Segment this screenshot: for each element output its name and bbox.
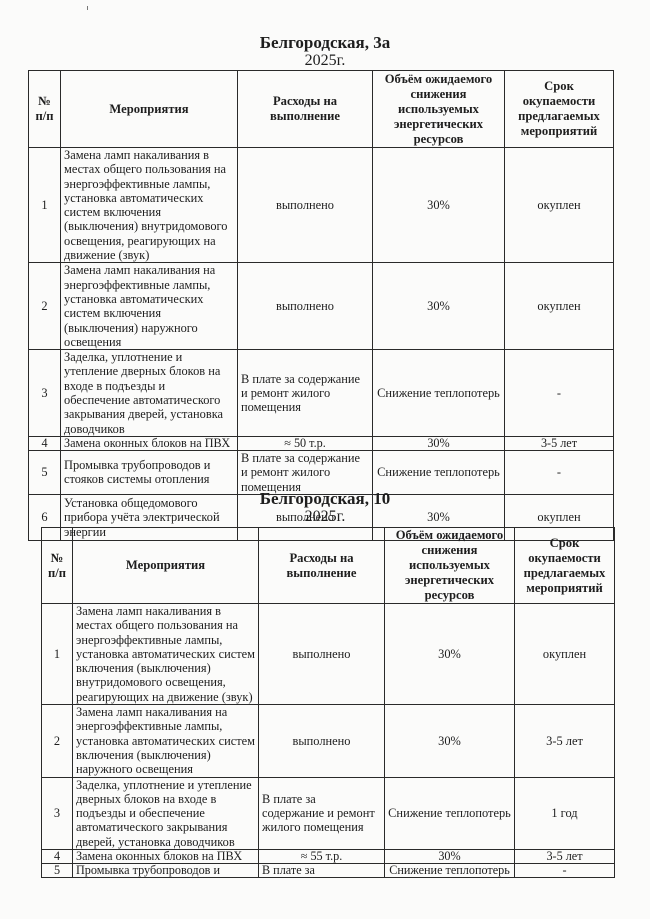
row-cost: В плате за содержание и ремонт жилого по… [238,350,373,437]
row-payback: окуплен [515,604,615,705]
section-1-table: № п/п Мероприятия Расходы на выполнение … [28,70,614,541]
row-measure: Заделка, уплотнение и утепление дверных … [73,777,259,849]
table-header-row: № п/п Мероприятия Расходы на выполнение … [29,71,614,148]
row-cost: ≈ 55 т.р. [259,850,385,864]
row-reduction: Снижение теплопотерь [373,350,505,437]
row-num: 5 [42,864,73,878]
row-payback: 3-5 лет [515,850,615,864]
row-reduction: 30% [373,436,505,450]
header-cost: Расходы на выполнение [259,528,385,604]
row-payback: 3-5 лет [515,705,615,777]
row-cost: В плате за [259,864,385,878]
row-reduction: 30% [373,148,505,263]
row-num: 1 [29,148,61,263]
row-reduction: Снижение теплопотерь [385,777,515,849]
row-num: 3 [42,777,73,849]
row-payback: - [515,864,615,878]
row-measure: Заделка, уплотнение и утепление дверных … [61,350,238,437]
table-header-row: № п/п Мероприятия Расходы на выполнение … [42,528,615,604]
row-payback: - [505,350,614,437]
row-measure: Замена оконных блоков на ПВХ [61,436,238,450]
row-cost: выполнено [259,705,385,777]
table-row: 1 Замена ламп накаливания в местах общег… [29,148,614,263]
section-1-title: Белгородская, 3а [0,33,650,53]
header-payback: Срок окупаемости предлагаемых мероприяти… [505,71,614,148]
row-payback: окуплен [505,148,614,263]
table-row: 5 Промывка трубопроводов и стояков систе… [29,450,614,494]
section-2-year: 2025г. [0,508,650,526]
row-num: 4 [42,850,73,864]
row-reduction: Снижение теплопотерь [373,450,505,494]
row-reduction: 30% [385,604,515,705]
row-measure: Замена ламп накаливания в местах общего … [73,604,259,705]
header-measure: Мероприятия [61,71,238,148]
row-reduction: 30% [373,263,505,350]
header-num: № п/п [29,71,61,148]
table-row: 2 Замена ламп накаливания на энергоэффек… [42,705,615,777]
row-cost: выполнено [238,148,373,263]
table-row: 4 Замена оконных блоков на ПВХ ≈ 50 т.р.… [29,436,614,450]
row-payback: окуплен [505,263,614,350]
table-row: 3 Заделка, уплотнение и утепление дверны… [29,350,614,437]
header-reduction: Объём ожидаемого снижения используемых э… [385,528,515,604]
row-num: 2 [42,705,73,777]
row-measure: Замена ламп накаливания на энергоэффекти… [61,263,238,350]
row-reduction: Снижение теплопотерь [385,864,515,878]
scan-speck [87,6,88,10]
row-cost: выполнено [259,604,385,705]
table-row: 5 Промывка трубопроводов и В плате за Сн… [42,864,615,878]
row-measure: Промывка трубопроводов и [73,864,259,878]
row-reduction: 30% [385,850,515,864]
section-2-title: Белгородская, 10 [0,489,650,509]
table-row: 2 Замена ламп накаливания на энергоэффек… [29,263,614,350]
header-cost: Расходы на выполнение [238,71,373,148]
header-payback: Срок окупаемости предлагаемых мероприяти… [515,528,615,604]
header-measure: Мероприятия [73,528,259,604]
row-num: 5 [29,450,61,494]
row-cost: ≈ 50 т.р. [238,436,373,450]
header-reduction: Объём ожидаемого снижения используемых э… [373,71,505,148]
section-2-table: № п/п Мероприятия Расходы на выполнение … [41,527,615,878]
row-measure: Промывка трубопроводов и стояков системы… [61,450,238,494]
row-num: 4 [29,436,61,450]
section-1-year: 2025г. [0,52,650,70]
row-measure: Замена оконных блоков на ПВХ [73,850,259,864]
row-measure: Замена ламп накаливания в местах общего … [61,148,238,263]
row-num: 3 [29,350,61,437]
table-row: 1 Замена ламп накаливания в местах общег… [42,604,615,705]
row-cost: В плате за содержание и ремонт жилого по… [259,777,385,849]
table-row: 4 Замена оконных блоков на ПВХ ≈ 55 т.р.… [42,850,615,864]
row-reduction: 30% [385,705,515,777]
row-payback: 3-5 лет [505,436,614,450]
row-payback: - [505,450,614,494]
row-measure: Замена ламп накаливания на энергоэффекти… [73,705,259,777]
table-row: 3 Заделка, уплотнение и утепление дверны… [42,777,615,849]
row-cost: выполнено [238,263,373,350]
header-num: № п/п [42,528,73,604]
row-payback: 1 год [515,777,615,849]
row-num: 2 [29,263,61,350]
row-num: 1 [42,604,73,705]
row-cost: В плате за содержание и ремонт жилого по… [238,450,373,494]
